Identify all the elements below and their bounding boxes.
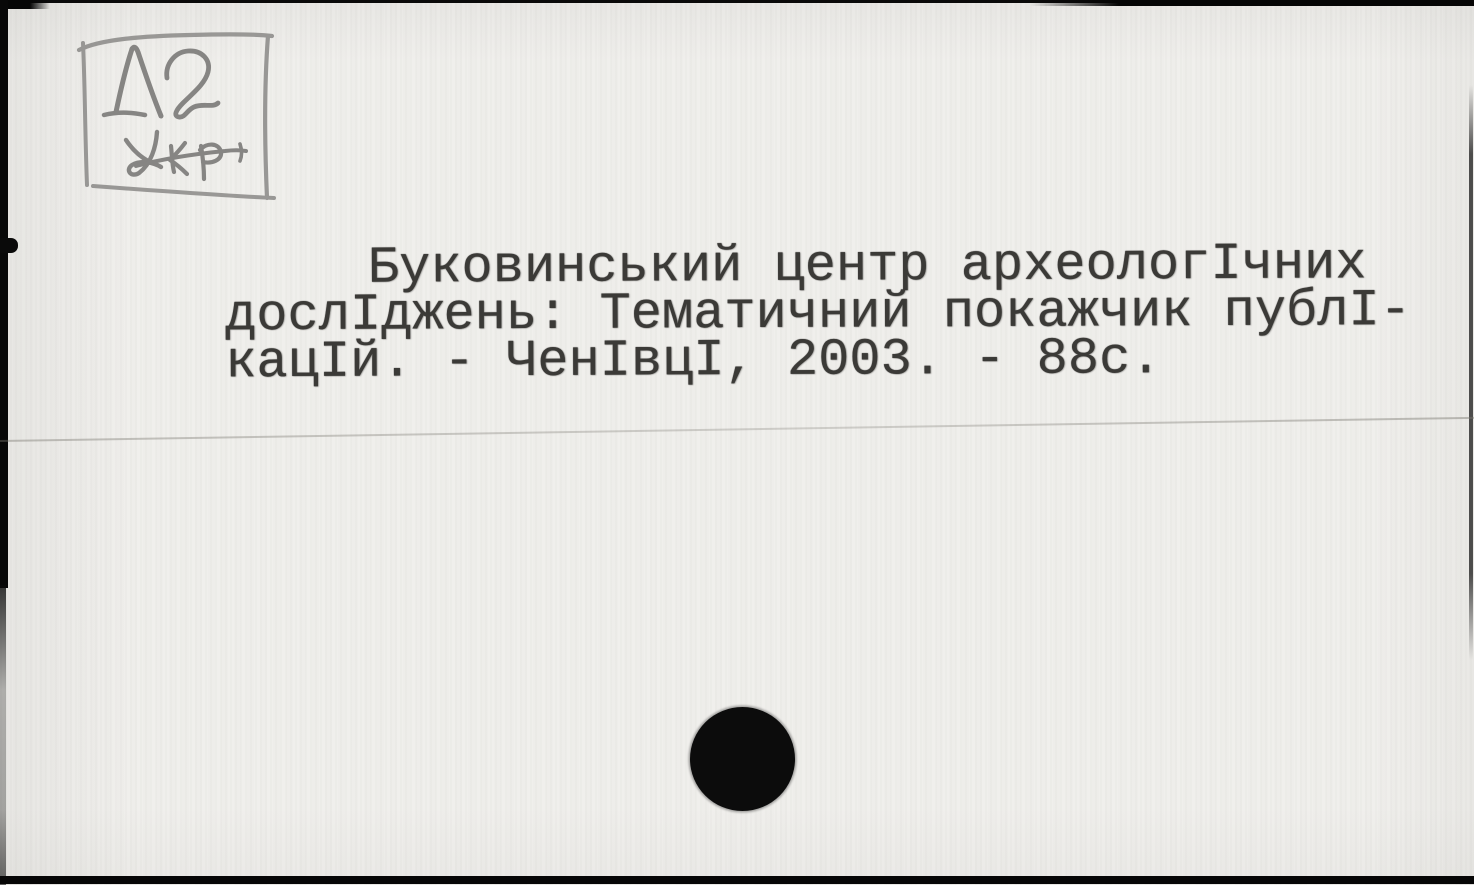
scan-border-bottom	[0, 876, 1474, 884]
bibliographic-line-3: кацІй. - ЧенІвцІ, 2003. - 88с.	[225, 333, 1161, 389]
bibliographic-entry: Буковинський центр археологІчних дослІдж…	[0, 0, 1474, 431]
scanned-catalog-card: Л2 Укр Буковинський центр археологІчних …	[0, 0, 1474, 885]
scan-border-left-lower	[0, 585, 6, 885]
punch-hole-dot	[690, 707, 795, 811]
